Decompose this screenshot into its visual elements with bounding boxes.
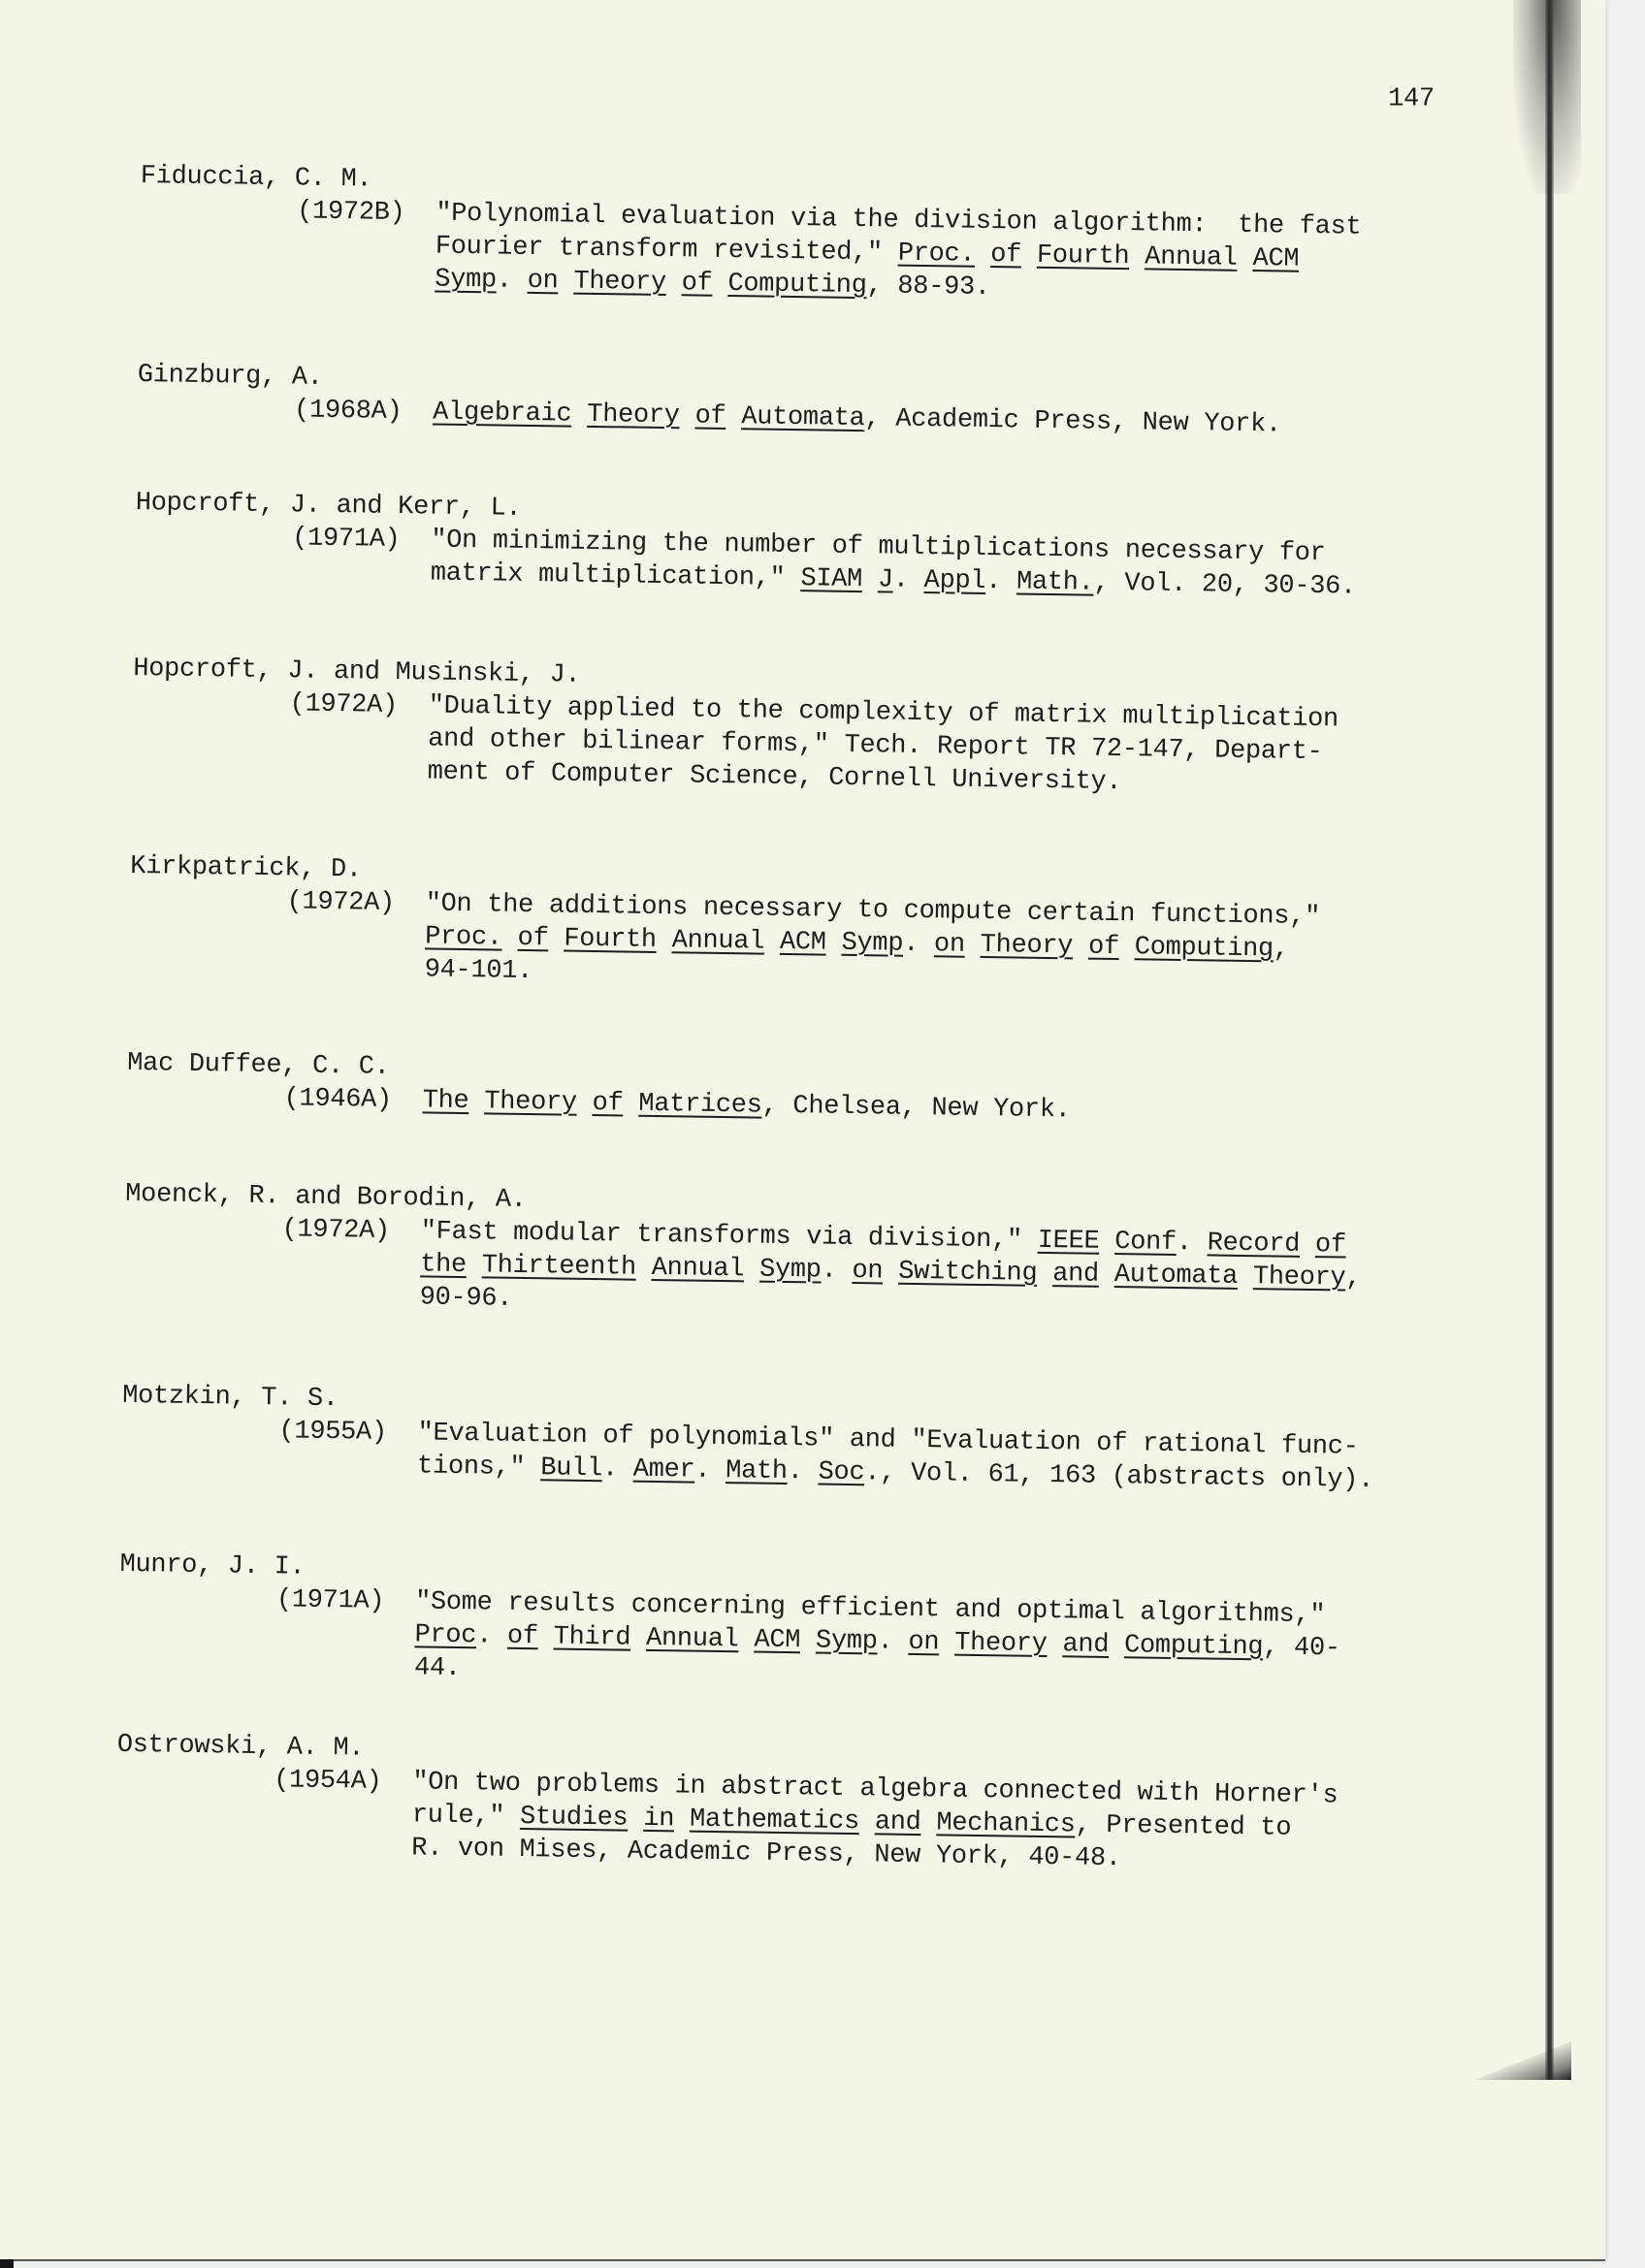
citation-text: ., Vol. 61, 163 (abstracts only). [864, 1458, 1373, 1495]
underlined-title-word: Annual [652, 1254, 745, 1284]
citation-text [862, 565, 878, 594]
page-number: 147 [1388, 84, 1435, 113]
citation-text: rule," [412, 1801, 521, 1832]
underlined-title-word: Symp [816, 1626, 878, 1656]
entry-citation: "Polynomial evaluation via the division … [435, 198, 1493, 312]
entry-year-tag: (1954A) [116, 1762, 412, 1800]
citation-text [1073, 932, 1088, 961]
underlined-title-word: Proc. [425, 922, 502, 952]
underlined-title-word: Bull [540, 1453, 602, 1484]
underlined-title-word: Fourth [564, 925, 657, 955]
entry-citation: "On two problems in abstract algebra con… [411, 1766, 1469, 1880]
citation-text [1099, 1261, 1114, 1290]
entry-reference: (1954A) "On two problems in abstract alg… [115, 1762, 1474, 1881]
underlined-title-word: on [852, 1257, 883, 1286]
underlined-title-word: and [875, 1807, 921, 1837]
citation-text [571, 400, 587, 430]
citation-text [1037, 1260, 1052, 1289]
citation-text [558, 267, 573, 296]
entry-year-tag: (1972A) [124, 1211, 420, 1249]
citation-text [764, 928, 780, 957]
underlined-title-word: Computing [727, 270, 867, 301]
citation-text [674, 1805, 690, 1834]
underlined-title-word: J [878, 565, 893, 594]
underlined-title-word: Appl [923, 566, 985, 596]
citation-text [1021, 240, 1037, 270]
bibliography-entry: Moenck, R. and Borodin, A. (1972A) "Fast… [123, 1178, 1483, 1330]
underlined-title-word: Record [1207, 1229, 1300, 1259]
underlined-title-word: Amer [633, 1455, 695, 1485]
citation-text [657, 926, 672, 955]
citation-text: 44. [414, 1653, 461, 1683]
citation-text [883, 1257, 898, 1286]
citation-text [630, 1624, 646, 1653]
citation-text: . [985, 567, 1016, 596]
underlined-title-word: The [422, 1086, 468, 1116]
underlined-title-word: Proc [414, 1620, 476, 1650]
citation-text: , [1345, 1264, 1361, 1294]
bibliography-entry: Fiduccia, C. M. (1972B) "Polynomial eval… [139, 160, 1499, 312]
citation-text [538, 1622, 554, 1651]
underlined-title-word: Third [553, 1622, 630, 1652]
citation-text [1237, 244, 1252, 273]
underlined-title-word: ACM [754, 1626, 800, 1656]
underlined-title-word: Conf [1114, 1228, 1177, 1258]
underlined-title-word: on [527, 267, 558, 296]
citation-text: . [903, 930, 934, 959]
bibliography-entry: Hopcroft, J. and Musinski, J. (1972A) "D… [132, 653, 1492, 805]
citation-text [920, 1808, 936, 1837]
underlined-title-word: of [592, 1089, 623, 1118]
citation-text [738, 1625, 754, 1654]
entry-year-tag: (1972B) [140, 193, 435, 231]
binding-shadow [1513, 0, 1591, 2080]
citation-text [1129, 242, 1145, 272]
scanned-page: 147 Fiduccia, C. M. (1972B) "Polynomial … [0, 0, 1605, 2261]
underlined-title-word: Math [726, 1456, 788, 1486]
citation-text [468, 1087, 484, 1116]
citation-text: . [893, 566, 924, 595]
underlined-title-word: of [990, 240, 1021, 270]
citation-text: . [1177, 1229, 1208, 1258]
underlined-title-word: Mechanics [936, 1808, 1076, 1839]
entry-year-tag: (1968A) [137, 392, 433, 430]
underlined-title-word: the [420, 1250, 467, 1280]
citation-text [825, 929, 841, 958]
underlined-title-word: Fourth [1037, 241, 1130, 272]
citation-text [712, 270, 727, 299]
underlined-title-word: Matrices [638, 1090, 762, 1121]
binding-shadow-line [1545, 0, 1554, 2080]
bibliography-list: Fiduccia, C. M. (1972B) "Polynomial eval… [3, 0, 1516, 20]
underlined-title-word: of [1315, 1230, 1346, 1260]
underlined-title-word: of [682, 269, 713, 298]
citation-text: 90-96. [419, 1283, 512, 1313]
underlined-title-word: Computing [1135, 933, 1274, 964]
underlined-title-word: Annual [671, 926, 764, 956]
citation-text [636, 1254, 652, 1283]
citation-text [502, 924, 518, 953]
citation-text [628, 1805, 643, 1834]
citation-text: 94-101. [424, 955, 532, 986]
bibliography-entry: Munro, J. I. (1971A) "Some results conce… [118, 1549, 1478, 1701]
underlined-title-word: Theory [981, 931, 1074, 961]
underlined-title-word: ACM [1252, 244, 1299, 274]
citation-text: . [476, 1621, 507, 1650]
underlined-title-word: ACM [780, 928, 826, 958]
underlined-title-word: Automata [1114, 1261, 1239, 1292]
citation-text [623, 1089, 638, 1118]
citation-text [726, 402, 741, 431]
entry-citation: "On the additions necessary to compute c… [424, 887, 1482, 1002]
entry-year-tag: (1955A) [121, 1413, 417, 1451]
underlined-title-word: Symp [759, 1256, 822, 1286]
citation-text [1300, 1230, 1315, 1260]
bibliography-entry: Kirkpatrick, D. (1972A) "On the addition… [128, 850, 1488, 1003]
underlined-title-word: on [908, 1628, 939, 1657]
scan-corner-mark [0, 2259, 14, 2268]
underlined-title-word: Theory [484, 1087, 577, 1117]
citation-text [859, 1807, 875, 1837]
underlined-title-word: of [1088, 933, 1119, 962]
entry-year-tag: (1946A) [126, 1080, 422, 1118]
citation-text: . [821, 1257, 852, 1286]
citation-text: , Chelsea, New York. [761, 1092, 1070, 1126]
entry-year-tag: (1971A) [119, 1581, 415, 1619]
underlined-title-word: and [1052, 1260, 1099, 1290]
entry-year-tag: (1972A) [133, 686, 429, 723]
entry-year-tag: (1971A) [135, 520, 431, 558]
entry-citation: "Fast modular transforms via division," … [419, 1215, 1477, 1329]
citation-text [666, 269, 682, 298]
citation-text: . [497, 266, 528, 295]
entry-year-tag: (1972A) [130, 883, 426, 921]
citation-text [744, 1255, 759, 1284]
citation-text [965, 931, 981, 960]
underlined-title-word: Proc. [898, 240, 976, 270]
underlined-title-word: IEEE [1038, 1227, 1100, 1257]
page-content: 147 Fiduccia, C. M. (1972B) "Polynomial … [0, 0, 1515, 1960]
citation-text [548, 924, 564, 953]
underlined-title-word: Theory [1253, 1262, 1346, 1293]
entry-citation: "Duality applied to the complexity of ma… [427, 689, 1485, 804]
underlined-title-word: Computing [1124, 1631, 1264, 1662]
underlined-title-word: of [694, 402, 726, 431]
bibliography-entry: Mac Duffee, C. C. (1946A) The Theory of … [126, 1047, 1485, 1134]
citation-text: . [602, 1454, 633, 1484]
underlined-title-word: Theory [573, 268, 666, 298]
entry-reference: (1972A) "Fast modular transforms via div… [123, 1211, 1482, 1330]
underlined-title-word: Annual [646, 1624, 739, 1654]
citation-text: . [877, 1627, 908, 1656]
underlined-title-word: in [643, 1805, 674, 1834]
citation-text [467, 1251, 482, 1280]
citation-text [679, 401, 694, 431]
underlined-title-word: Symp [435, 266, 497, 296]
citation-text [1109, 1631, 1124, 1660]
underlined-title-word: Studies [520, 1803, 629, 1834]
underlined-title-word: Algebraic [433, 398, 572, 429]
citation-text [1238, 1262, 1253, 1292]
binding-shadow-haze [1513, 0, 1581, 194]
underlined-title-word: Mathematics [690, 1805, 859, 1837]
citation-text [1099, 1228, 1114, 1257]
underlined-title-word: Theory [587, 400, 680, 431]
entry-reference: (1971A) "Some results concerning efficie… [118, 1581, 1477, 1701]
citation-text: Fourier transform revisited," [435, 233, 898, 269]
underlined-title-word: on [934, 930, 965, 959]
underlined-title-word: Math. [1016, 567, 1094, 597]
underlined-title-word: Soc [818, 1458, 864, 1488]
citation-text: , Academic Press, New York. [864, 404, 1281, 439]
citation-text: , 40- [1263, 1633, 1340, 1663]
underlined-title-word: Theory [954, 1629, 1048, 1659]
underlined-title-word: Thirteenth [482, 1251, 636, 1282]
underlined-title-word: and [1062, 1630, 1109, 1660]
bibliography-entry: Ostrowski, A. M. (1954A) "On two problem… [115, 1729, 1475, 1881]
citation-text: matrix multiplication," [431, 559, 801, 593]
entry-reference: (1972B) "Polynomial evaluation via the d… [139, 193, 1498, 312]
citation-text: , 88-93. [866, 272, 990, 303]
underlined-title-word: of [507, 1622, 538, 1651]
bibliography-entry: Motzkin, T. S. (1955A) "Evaluation of po… [121, 1380, 1480, 1499]
underlined-title-word: Symp [841, 929, 903, 959]
citation-text [800, 1626, 816, 1655]
underlined-title-word: of [517, 924, 548, 953]
citation-text: . [788, 1457, 819, 1486]
citation-text [1119, 933, 1135, 962]
citation-text [1047, 1630, 1062, 1659]
citation-text: , [1274, 935, 1289, 964]
citation-text: , Vol. 20, 30-36. [1093, 569, 1356, 602]
underlined-title-word: SIAM [800, 564, 862, 594]
citation-text [975, 240, 990, 270]
citation-text [939, 1628, 954, 1657]
citation-text: ment of Computer Science, Cornell Univer… [428, 757, 1122, 797]
entry-reference: (1972A) "Duality applied to the complexi… [132, 686, 1491, 805]
citation-text: . [694, 1456, 726, 1485]
bibliography-entry: Ginzburg, A. (1968A) Algebraic Theory of… [137, 359, 1496, 445]
underlined-title-word: Switching [898, 1258, 1038, 1289]
underlined-title-word: Annual [1145, 242, 1238, 272]
bibliography-entry: Hopcroft, J. and Kerr, L. (1971A) "On mi… [135, 487, 1494, 606]
entry-reference: (1972A) "On the additions necessary to c… [128, 883, 1487, 1003]
entry-citation: "Some results concerning efficient and o… [414, 1585, 1472, 1700]
citation-text [577, 1089, 593, 1118]
binding-shadow-foot [1474, 2041, 1571, 2080]
citation-text: , Presented to [1075, 1810, 1291, 1842]
citation-text: tions," [417, 1452, 541, 1483]
underlined-title-word: Automata [741, 402, 865, 433]
